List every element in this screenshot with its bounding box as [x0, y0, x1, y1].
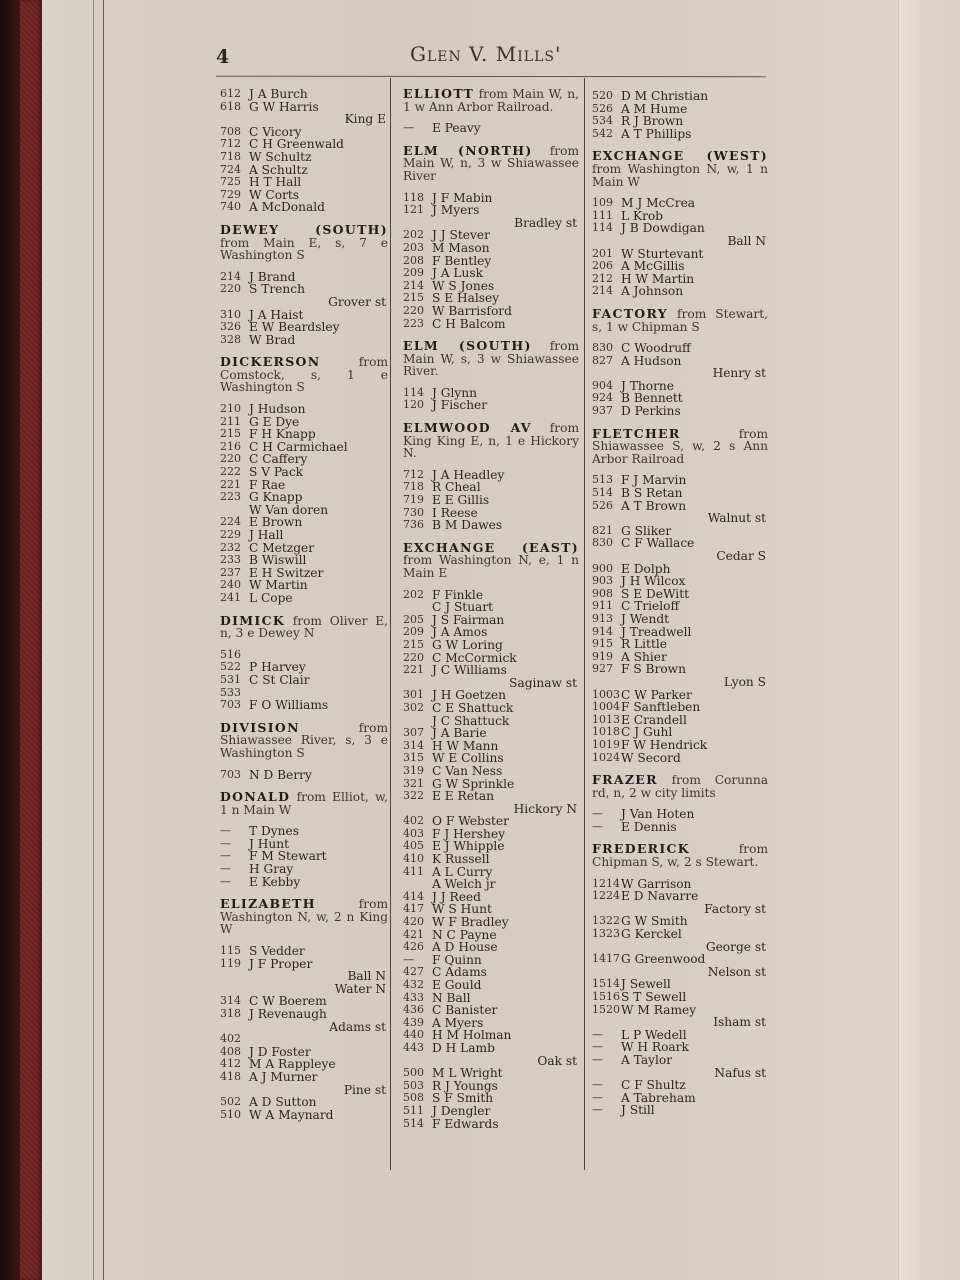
resident-name: A Johnson — [614, 285, 683, 298]
directory-entry: 914J Treadwell — [592, 626, 768, 639]
resident-name: E E Retan — [425, 790, 494, 803]
house-number: 114 — [592, 222, 614, 235]
street-heading: EXCHANGE (EAST) from Washington N, e, 1 … — [403, 542, 579, 580]
resident-name: E Dennis — [614, 821, 677, 834]
directory-entry: 531C St Clair — [220, 674, 388, 687]
house-number: — — [592, 1079, 614, 1092]
directory-entry: 240W Martin — [220, 579, 388, 592]
house-number: 913 — [592, 613, 614, 626]
directory-entry: 221F Rae — [220, 479, 388, 492]
resident-name: E W Beardsley — [242, 321, 339, 334]
page-edge-line — [93, 0, 94, 1280]
directory-entry: 443D H Lamb — [403, 1042, 579, 1055]
resident-name: S V Pack — [242, 466, 303, 479]
directory-entry: 222S V Pack — [220, 466, 388, 479]
house-number: 215 — [403, 639, 425, 652]
directory-entry: —J Still — [592, 1104, 768, 1117]
directory-entry: —C F Shultz — [592, 1079, 768, 1092]
house-number: 1417 — [592, 953, 614, 966]
directory-entry: 542A T Phillips — [592, 128, 768, 141]
resident-name: W Schultz — [242, 151, 312, 164]
book-cover-edge — [20, 0, 42, 1280]
house-number: 233 — [220, 554, 242, 567]
directory-entry: 703N D Berry — [220, 769, 388, 782]
resident-name: D Perkins — [614, 405, 681, 418]
house-number: 1019 — [592, 739, 614, 752]
directory-entry: —A Tabreham — [592, 1092, 768, 1105]
house-number — [403, 601, 425, 614]
house-number: — — [592, 808, 614, 821]
resident-name: J H Wilcox — [614, 575, 685, 588]
street-heading: DIMICK from Oliver E, n, 3 e Dewey N — [220, 615, 388, 640]
street-heading: FACTORY from Stewart, s, 1 w Chipman S — [592, 308, 768, 333]
resident-name — [242, 1033, 249, 1046]
house-number: 725 — [220, 176, 242, 189]
resident-name: D M Christian — [614, 90, 708, 103]
directory-entry: 307J A Barie — [403, 727, 579, 740]
street-heading: DIVISION from Shiawassee River, s, 3 e W… — [220, 722, 388, 760]
directory-entry: 1004F Sanftleben — [592, 701, 768, 714]
resident-name: R J Brown — [614, 115, 683, 128]
resident-name: W Barrisford — [425, 305, 512, 318]
directory-entry: 612J A Burch — [220, 88, 388, 101]
cross-street: Ball N — [220, 970, 388, 983]
resident-name: J C Williams — [425, 664, 507, 677]
directory-entry: —F M Stewart — [220, 850, 388, 863]
house-number: 221 — [403, 664, 425, 677]
directory-entry: 215G W Loring — [403, 639, 579, 652]
house-number: 229 — [220, 529, 242, 542]
house-number: 1323 — [592, 928, 614, 941]
resident-name: E D Navarre — [614, 890, 698, 903]
resident-name: S Vedder — [242, 945, 305, 958]
directory-entry: —E Kebby — [220, 876, 388, 889]
directory-entry: 302C E Shattuck — [403, 702, 579, 715]
directory-entry: 718R Cheal — [403, 481, 579, 494]
resident-name: A Taylor — [614, 1054, 672, 1067]
directory-entry: 718W Schultz — [220, 151, 388, 164]
resident-name: C F Wallace — [614, 537, 694, 550]
resident-name: A J Murner — [242, 1071, 317, 1084]
house-number: 500 — [403, 1067, 425, 1080]
resident-name: J Wendt — [614, 613, 669, 626]
directory-entry: W Van doren — [220, 504, 388, 517]
directory-entry: 712J A Headley — [403, 469, 579, 482]
directory-entry: 205J S Fairman — [403, 614, 579, 627]
street-description: from Main E, s, 7 e Washington S — [220, 236, 388, 263]
house-number: — — [220, 863, 242, 876]
directory-entry: —A Taylor — [592, 1054, 768, 1067]
resident-name: W A Maynard — [242, 1109, 333, 1122]
resident-name: M J McCrea — [614, 197, 695, 210]
resident-name: O F Webster — [425, 815, 509, 828]
house-number: 214 — [592, 285, 614, 298]
resident-name: F O Williams — [242, 699, 328, 712]
street-heading: DEWEY (SOUTH) from Main E, s, 7 e Washin… — [220, 224, 388, 262]
house-number: 203 — [403, 242, 425, 255]
resident-name: W F Bradley — [425, 916, 509, 929]
directory-entry: 915R Little — [592, 638, 768, 651]
directory-entry: 322E E Retan — [403, 790, 579, 803]
house-number: 402 — [220, 1033, 242, 1046]
resident-name: H Gray — [242, 863, 293, 876]
directory-entry: 214A Johnson — [592, 285, 768, 298]
directory-entry: —W H Roark — [592, 1041, 768, 1054]
resident-name: E Gould — [425, 979, 481, 992]
resident-name: C Van Ness — [425, 765, 502, 778]
directory-entry: —F Quinn — [403, 954, 579, 967]
directory-entry: 120J Fischer — [403, 399, 579, 412]
house-number: 411 — [403, 866, 425, 879]
directory-entry: 703F O Williams — [220, 699, 388, 712]
resident-name — [242, 649, 249, 662]
page-number: 4 — [216, 46, 229, 68]
directory-entry: C J Stuart — [403, 601, 579, 614]
directory-entry: 436C Banister — [403, 1004, 579, 1017]
directory-entry: 223C H Balcom — [403, 318, 579, 331]
house-number: 206 — [592, 260, 614, 273]
directory-entry: 1019F W Hendrick — [592, 739, 768, 752]
house-number: 1224 — [592, 890, 614, 903]
resident-name: J Fischer — [425, 399, 487, 412]
street-heading: EXCHANGE (WEST) from Washington N, w, 1 … — [592, 150, 768, 188]
resident-name: J Hall — [242, 529, 283, 542]
directory-entry: 508S F Smith — [403, 1092, 579, 1105]
house-number: 703 — [220, 769, 242, 782]
house-number: — — [592, 1054, 614, 1067]
house-number: 222 — [220, 466, 242, 479]
house-number: 223 — [220, 491, 242, 504]
resident-name: E E Gillis — [425, 494, 489, 507]
directory-entry: 319C Van Ness — [403, 765, 579, 778]
resident-name: J Hudson — [242, 403, 305, 416]
cross-street: Cedar S — [592, 550, 768, 563]
cross-street: Bradley st — [403, 217, 579, 230]
directory-entry: 500M L Wright — [403, 1067, 579, 1080]
house-number: 223 — [403, 318, 425, 331]
directory-entry: 223G Knapp — [220, 491, 388, 504]
house-number: 502 — [220, 1096, 242, 1109]
house-number: 436 — [403, 1004, 425, 1017]
house-number: 209 — [403, 267, 425, 280]
resident-name: J F Proper — [242, 958, 312, 971]
directory-entry: 405E J Whipple — [403, 840, 579, 853]
resident-name: L Cope — [242, 592, 293, 605]
cross-street: Lyon S — [592, 676, 768, 689]
directory-entry: 937D Perkins — [592, 405, 768, 418]
column-1: 612J A Burch618G W HarrisKing E708C Vico… — [220, 88, 388, 1121]
resident-name: B Wiswill — [242, 554, 306, 567]
resident-name: M L Wright — [425, 1067, 503, 1080]
house-number: — — [220, 876, 242, 889]
directory-entry: 913J Wendt — [592, 613, 768, 626]
house-number: 220 — [220, 283, 242, 296]
page-edge-line — [103, 0, 104, 1280]
directory-entry: 740A McDonald — [220, 201, 388, 214]
resident-name: A D Sutton — [242, 1096, 317, 1109]
directory-entry: 1323G Kerckel — [592, 928, 768, 941]
house-number: 109 — [592, 197, 614, 210]
house-number: 534 — [592, 115, 614, 128]
street-heading: ELMWOOD AV from King King E, n, 1 e Hick… — [403, 422, 579, 460]
resident-name: S Trench — [242, 283, 305, 296]
resident-name: N D Berry — [242, 769, 312, 782]
street-heading: ELIZABETH from Washington N, w, 2 n King… — [220, 898, 388, 936]
directory-entry: 420W F Bradley — [403, 916, 579, 929]
house-number: 220 — [403, 305, 425, 318]
directory-entry: 830C Woodruff — [592, 342, 768, 355]
house-number: 736 — [403, 519, 425, 532]
resident-name: G Knapp — [242, 491, 302, 504]
directory-entry: 402 — [220, 1033, 388, 1046]
directory-entry: 109M J McCrea — [592, 197, 768, 210]
cross-street: Grover st — [220, 296, 388, 309]
house-number: 318 — [220, 1008, 242, 1021]
house-number: — — [592, 821, 614, 834]
resident-name: G Greenwood — [614, 953, 705, 966]
house-number: 215 — [220, 428, 242, 441]
house-number: 443 — [403, 1042, 425, 1055]
directory-entry: 115S Vedder — [220, 945, 388, 958]
house-number: 418 — [220, 1071, 242, 1084]
cross-street: Henry st — [592, 367, 768, 380]
house-number: — — [403, 122, 425, 135]
directory-entry: 426A D House — [403, 941, 579, 954]
directory-entry: 326E W Beardsley — [220, 321, 388, 334]
directory-entry: 520D M Christian — [592, 90, 768, 103]
resident-name: D H Lamb — [425, 1042, 495, 1055]
house-number: 526 — [592, 500, 614, 513]
directory-entry: 241L Cope — [220, 592, 388, 605]
resident-name: A Welch jr — [425, 878, 495, 891]
house-number: 542 — [592, 128, 614, 141]
house-number: 202 — [403, 589, 425, 602]
column-rule — [584, 78, 585, 1170]
directory-entry: 510W A Maynard — [220, 1109, 388, 1122]
street-heading: FLETCHER from Shiawassee S, w, 2 s Ann A… — [592, 428, 768, 466]
house-number: 612 — [220, 88, 242, 101]
directory-entry: A Welch jr — [403, 878, 579, 891]
directory-entry: 221J C Williams — [403, 664, 579, 677]
house-number: 1520 — [592, 1004, 614, 1017]
resident-name: R Little — [614, 638, 667, 651]
resident-name: J A Burch — [242, 88, 308, 101]
resident-name: A T Brown — [614, 500, 686, 513]
resident-name: A T Phillips — [614, 128, 691, 141]
resident-name: J B Dowdigan — [614, 222, 705, 235]
resident-name: C J Stuart — [425, 601, 493, 614]
resident-name: J Still — [614, 1104, 655, 1117]
resident-name: K Russell — [425, 853, 490, 866]
resident-name: T Dynes — [242, 825, 299, 838]
house-number: 426 — [403, 941, 425, 954]
directory-entry: 719E E Gillis — [403, 494, 579, 507]
resident-name: C Woodruff — [614, 342, 691, 355]
directory-entry: 1417G Greenwood — [592, 953, 768, 966]
resident-name: C St Clair — [242, 674, 310, 687]
directory-entry: 224E Brown — [220, 516, 388, 529]
resident-name: F Edwards — [425, 1118, 499, 1131]
directory-entry: 514F Edwards — [403, 1118, 579, 1131]
house-number: 121 — [403, 204, 425, 217]
house-number: 927 — [592, 663, 614, 676]
directory-entry: J C Shattuck — [403, 715, 579, 728]
directory-entry: 328W Brad — [220, 334, 388, 347]
resident-name: C Banister — [425, 1004, 497, 1017]
directory-entry: 432E Gould — [403, 979, 579, 992]
directory-entry: 1024W Secord — [592, 752, 768, 765]
column-rule — [390, 78, 391, 1170]
directory-entry: 229J Hall — [220, 529, 388, 542]
house-number: 1024 — [592, 752, 614, 765]
resident-name: J Dengler — [425, 1105, 490, 1118]
directory-entry: 202J J Stever — [403, 229, 579, 242]
house-number: 328 — [220, 334, 242, 347]
directory-entry: 203M Mason — [403, 242, 579, 255]
street-description: from Washington N, w, 1 n Main W — [592, 162, 768, 189]
directory-entry: 206A McGillis — [592, 260, 768, 273]
directory-entry: 220C Caffery — [220, 453, 388, 466]
directory-entry: 210J Hudson — [220, 403, 388, 416]
house-number: — — [592, 1104, 614, 1117]
house-number: 830 — [592, 342, 614, 355]
resident-name: W Brad — [242, 334, 295, 347]
resident-name: J A Barie — [425, 727, 487, 740]
directory-entry: 427C Adams — [403, 966, 579, 979]
column-3: 520D M Christian526A M Hume534R J Brown5… — [592, 90, 768, 1117]
resident-name: G W Loring — [425, 639, 503, 652]
resident-name: G W Harris — [242, 101, 319, 114]
house-number: 719 — [403, 494, 425, 507]
house-number: 718 — [220, 151, 242, 164]
house-number: 511 — [403, 1105, 425, 1118]
street-heading: DICKERSON from Comstock, s, 1 e Washingt… — [220, 356, 388, 394]
directory-entry: 1224E D Navarre — [592, 890, 768, 903]
resident-name: C E Shattuck — [425, 702, 513, 715]
house-number: 1516 — [592, 991, 614, 1004]
directory-entry: 209J A Lusk — [403, 267, 579, 280]
house-number: 827 — [592, 355, 614, 368]
house-number: 319 — [403, 765, 425, 778]
street-description: from Washington N, e, 1 n Main E — [403, 553, 579, 580]
house-number: 326 — [220, 321, 242, 334]
resident-name: E Peavy — [425, 122, 481, 135]
directory-entry: 511J Dengler — [403, 1105, 579, 1118]
house-number: 915 — [592, 638, 614, 651]
resident-name: W Secord — [614, 752, 681, 765]
resident-name: B M Dawes — [425, 519, 502, 532]
street-heading: FREDERICK from Chipman S, w, 2 s Stewart… — [592, 843, 768, 868]
directory-entry: 502A D Sutton — [220, 1096, 388, 1109]
house-number: 1004 — [592, 701, 614, 714]
resident-name: B S Retan — [614, 487, 682, 500]
running-head: Glen V. Mills' — [410, 42, 561, 66]
cross-street: King E — [220, 113, 388, 126]
resident-name: A McGillis — [614, 260, 685, 273]
house-number — [403, 878, 425, 891]
resident-name: J A Lusk — [425, 267, 483, 280]
house-number: 510 — [220, 1109, 242, 1122]
resident-name: S T Sewell — [614, 991, 686, 1004]
house-number: 703 — [220, 699, 242, 712]
house-number: 432 — [403, 979, 425, 992]
directory-entry: 1516S T Sewell — [592, 991, 768, 1004]
house-number: 410 — [403, 853, 425, 866]
street-heading: FRAZER from Corunna rd, n, 2 w city limi… — [592, 774, 768, 799]
directory-entry: 418A J Murner — [220, 1071, 388, 1084]
directory-entry: —T Dynes — [220, 825, 388, 838]
resident-name: W M Ramey — [614, 1004, 696, 1017]
street-heading: ELM (NORTH) from Main W, n, 3 w Shiawass… — [403, 145, 579, 183]
street-heading: ELLIOTT from Main W, n, 1 w Ann Arbor Ra… — [403, 88, 579, 113]
house-number: 830 — [592, 537, 614, 550]
house-number: 903 — [592, 575, 614, 588]
house-number: 520 — [592, 90, 614, 103]
directory-entry: 233B Wiswill — [220, 554, 388, 567]
resident-name: F W Hendrick — [614, 739, 707, 752]
house-number: 322 — [403, 790, 425, 803]
resident-name: A Hudson — [614, 355, 681, 368]
directory-entry: —E Peavy — [403, 122, 579, 135]
resident-name: J Myers — [425, 204, 479, 217]
resident-name: C H Balcom — [425, 318, 506, 331]
house-number: 531 — [220, 674, 242, 687]
house-number: 618 — [220, 101, 242, 114]
house-number: 740 — [220, 201, 242, 214]
house-number: 514 — [592, 487, 614, 500]
house-number: 241 — [220, 592, 242, 605]
directory-entry: 725H T Hall — [220, 176, 388, 189]
street-heading: DONALD from Elliot, w, 1 n Main W — [220, 791, 388, 816]
resident-name: F H Knapp — [242, 428, 316, 441]
directory-entry: 208F Bentley — [403, 255, 579, 268]
directory-entry: 118J F Mabin — [403, 192, 579, 205]
resident-name: J Revenaugh — [242, 1008, 327, 1021]
cross-street: Adams st — [220, 1021, 388, 1034]
directory-entry: —H Gray — [220, 863, 388, 876]
directory-entry: 402O F Webster — [403, 815, 579, 828]
resident-name: M Mason — [425, 242, 490, 255]
resident-name: F Sanftleben — [614, 701, 700, 714]
house-number: 937 — [592, 405, 614, 418]
house-number: 210 — [220, 403, 242, 416]
resident-name: H T Hall — [242, 176, 301, 189]
directory-entry: 121J Myers — [403, 204, 579, 217]
house-number: 402 — [403, 815, 425, 828]
directory-entry: 410K Russell — [403, 853, 579, 866]
resident-name: F S Brown — [614, 663, 686, 676]
house-number: 115 — [220, 945, 242, 958]
cross-street: Isham st — [592, 1016, 768, 1029]
resident-name — [242, 687, 249, 700]
directory-entry: 908S E DeWitt — [592, 588, 768, 601]
house-number: — — [220, 825, 242, 838]
book-binding — [0, 0, 20, 1280]
house-number: 302 — [403, 702, 425, 715]
cross-street: Ball N — [592, 235, 768, 248]
resident-name: G Kerckel — [614, 928, 682, 941]
directory-entry: —E Dennis — [592, 821, 768, 834]
directory-entry: 220W Barrisford — [403, 305, 579, 318]
directory-entry: 911C Trieloff — [592, 600, 768, 613]
house-number: 119 — [220, 958, 242, 971]
directory-entry: 724A Schultz — [220, 164, 388, 177]
directory-entry: 736B M Dawes — [403, 519, 579, 532]
house-number: 514 — [403, 1118, 425, 1131]
directory-entry: 534R J Brown — [592, 115, 768, 128]
house-number: 420 — [403, 916, 425, 929]
column-2: ELLIOTT from Main W, n, 1 w Ann Arbor Ra… — [403, 88, 579, 1130]
